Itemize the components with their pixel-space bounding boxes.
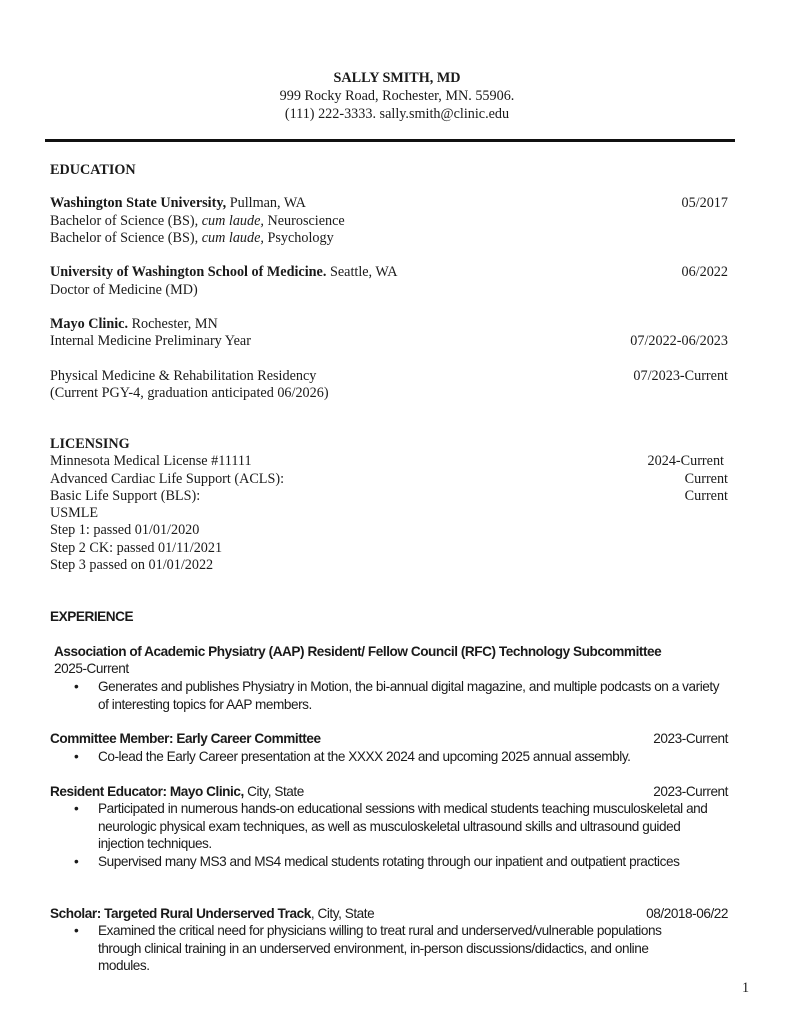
degree-text: Bachelor of Science (BS), [50, 213, 202, 229]
resume-address: 999 Rocky Road, Rochester, MN. 55906. [0, 88, 794, 106]
degree-line: Bachelor of Science (BS), cum laude, Neu… [50, 213, 345, 231]
program-line: Physical Medicine & Rehabilitation Resid… [50, 368, 316, 386]
license-date: Current [685, 471, 728, 489]
experience-date: 2023-Current [653, 730, 728, 748]
bullet-item: Generates and publishes Physiatry in Mot… [50, 678, 730, 713]
experience-location: , City, State [311, 906, 374, 921]
degree-text: Bachelor of Science (BS), [50, 230, 202, 246]
resume-name: SALLY SMITH, MD [0, 70, 794, 88]
degree-line: Bachelor of Science (BS), cum laude, Psy… [50, 230, 334, 248]
bullet-item: Participated in numerous hands-on educat… [50, 800, 718, 853]
experience-title: Resident Educator: Mayo Clinic, [50, 784, 244, 799]
resume-contact: (111) 222-3333. sally.smith@clinic.edu [0, 106, 794, 124]
experience-bullets: Co-lead the Early Career presentation at… [50, 748, 740, 766]
program-line: Internal Medicine Preliminary Year [50, 333, 251, 351]
bullet-item: Co-lead the Early Career presentation at… [50, 748, 740, 766]
experience-title-line: Resident Educator: Mayo Clinic, City, St… [50, 783, 304, 801]
institution-location: Seattle, WA [326, 264, 397, 280]
honors-text: cum laude, [202, 213, 264, 229]
institution-location: Rochester, MN [128, 316, 218, 332]
experience-bullets: Examined the critical need for physician… [50, 922, 690, 975]
experience-title: Scholar: Targeted Rural Underserved Trac… [50, 906, 311, 921]
license-item: Advanced Cardiac Life Support (ACLS): [50, 471, 284, 489]
license-item: Basic Life Support (BLS): [50, 488, 200, 506]
education-date: 07/2023-Current [633, 368, 728, 386]
page-number: 1 [742, 980, 749, 998]
experience-date: 2025-Current [54, 660, 129, 678]
experience-title: Association of Academic Physiatry (AAP) … [54, 643, 661, 661]
experience-location: City, State [244, 784, 304, 799]
honors-text: cum laude, [202, 230, 264, 246]
section-heading-experience: EXPERIENCE [50, 608, 133, 626]
institution-name: University of Washington School of Medic… [50, 264, 326, 280]
experience-date: 08/2018-06/22 [646, 905, 728, 923]
program-note: (Current PGY-4, graduation anticipated 0… [50, 385, 329, 403]
license-item: USMLE [50, 505, 98, 523]
experience-bullets: Participated in numerous hands-on educat… [50, 800, 718, 870]
experience-date: 2023-Current [653, 783, 728, 801]
section-heading-licensing: LICENSING [50, 436, 130, 454]
license-date: Current [685, 488, 728, 506]
education-entry-mayo: Mayo Clinic. Rochester, MN [50, 316, 218, 334]
major-text: Psychology [264, 230, 334, 246]
education-date: 05/2017 [681, 195, 728, 213]
institution-location: Pullman, WA [226, 195, 306, 211]
experience-bullets: Generates and publishes Physiatry in Mot… [50, 678, 730, 713]
institution-name: Mayo Clinic. [50, 316, 128, 332]
education-entry-uw: University of Washington School of Medic… [50, 264, 397, 282]
bullet-item: Supervised many MS3 and MS4 medical stud… [50, 853, 718, 871]
header-divider [45, 139, 735, 142]
bullet-item: Examined the critical need for physician… [50, 922, 690, 975]
education-date: 07/2022-06/2023 [630, 333, 728, 351]
license-item: Step 2 CK: passed 01/11/2021 [50, 540, 222, 558]
license-item: Step 1: passed 01/01/2020 [50, 522, 199, 540]
major-text: Neuroscience [264, 213, 345, 229]
education-date: 06/2022 [681, 264, 728, 282]
license-date: 2024-Current [648, 453, 724, 471]
degree-line: Doctor of Medicine (MD) [50, 282, 198, 300]
experience-title-line: Scholar: Targeted Rural Underserved Trac… [50, 905, 374, 923]
education-entry-wsu: Washington State University, Pullman, WA [50, 195, 306, 213]
license-item: Step 3 passed on 01/01/2022 [50, 557, 213, 575]
experience-title: Committee Member: Early Career Committee [50, 730, 321, 748]
section-heading-education: EDUCATION [50, 162, 136, 180]
license-item: Minnesota Medical License #11111 [50, 453, 252, 471]
institution-name: Washington State University, [50, 195, 226, 211]
